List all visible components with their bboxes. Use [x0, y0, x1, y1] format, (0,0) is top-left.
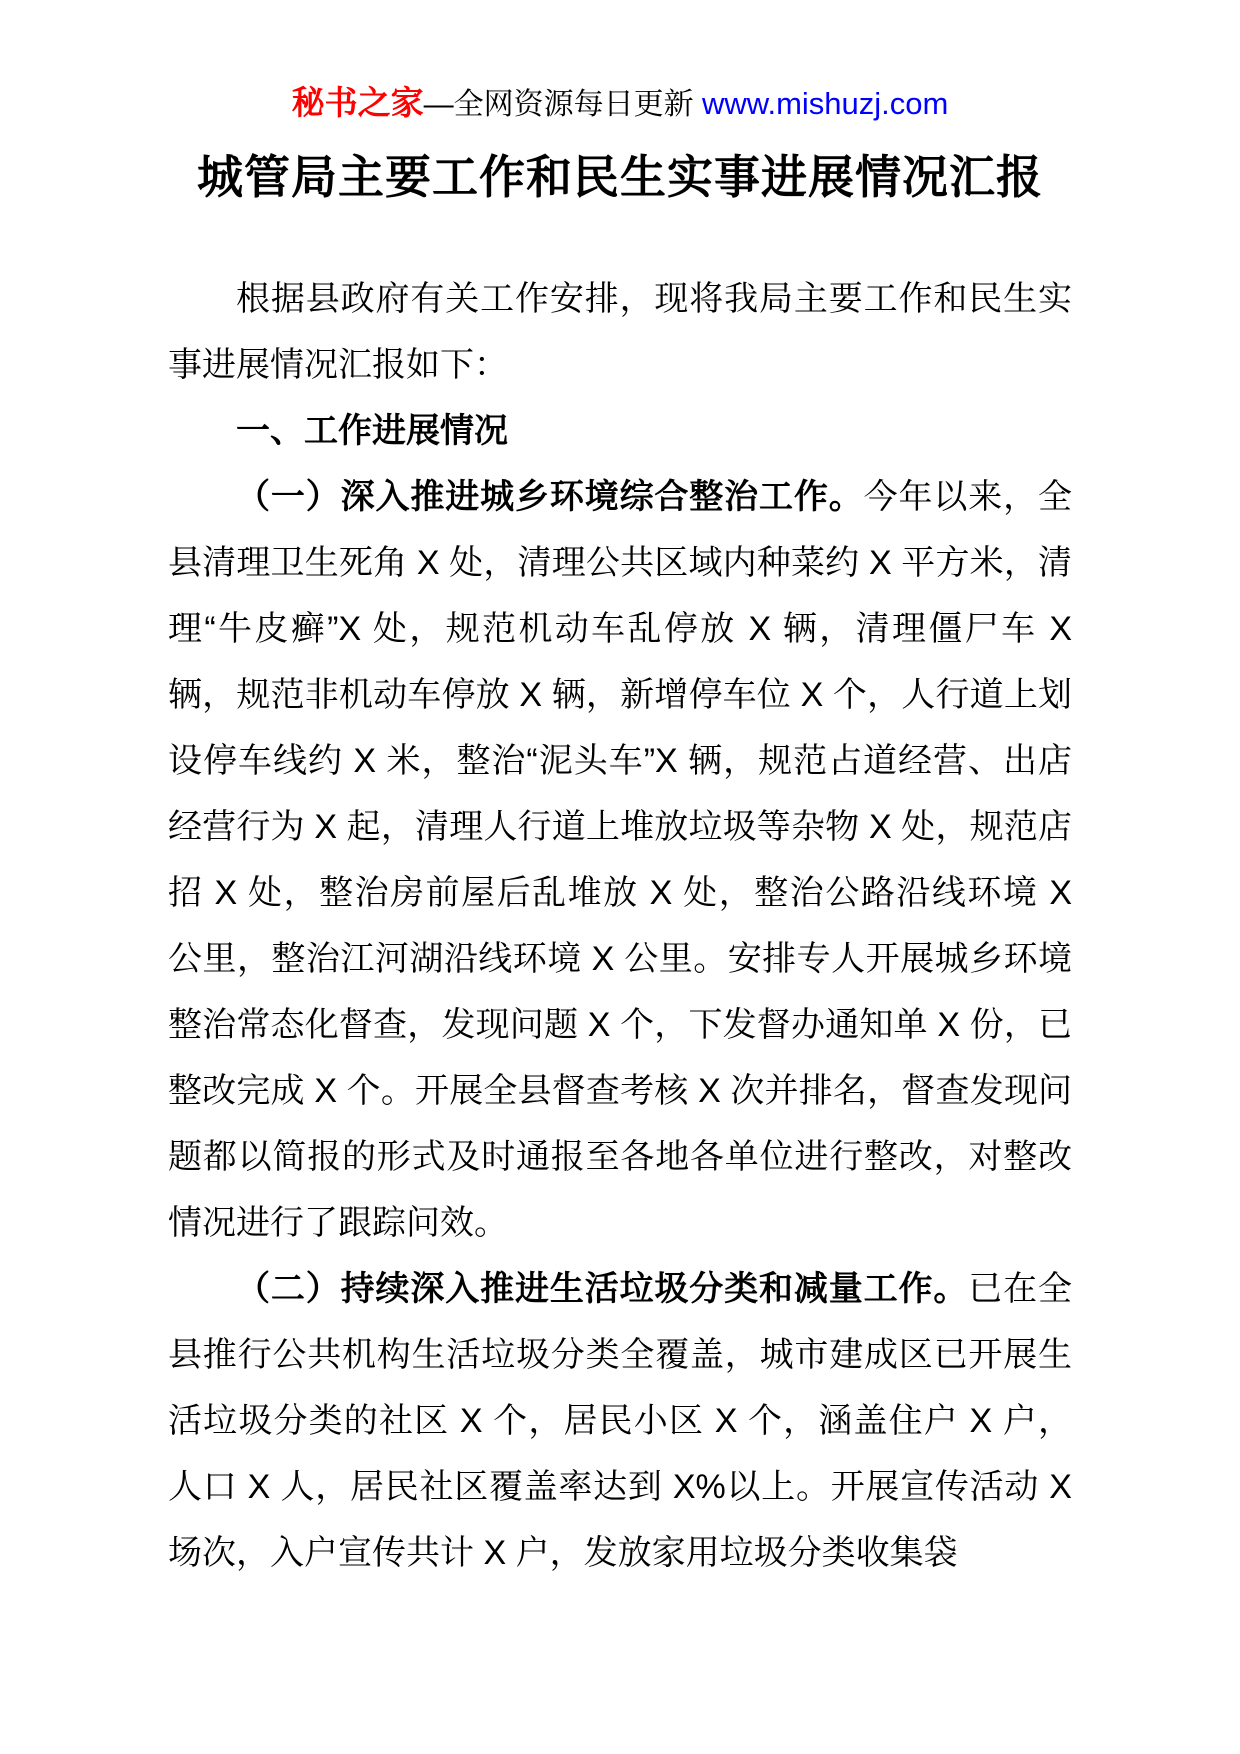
document-page: 秘书之家—全网资源每日更新 www.mishuzj.com 城管局主要工作和民生…	[0, 0, 1240, 1754]
document-body: 根据县政府有关工作安排，现将我局主要工作和民生实事进展情况汇报如下：一、工作进展…	[168, 266, 1072, 1586]
site-header: 秘书之家—全网资源每日更新 www.mishuzj.com	[0, 0, 1240, 126]
paragraph: （一）深入推进城乡环境综合整治工作。今年以来，全县清理卫生死角 X 处，清理公共…	[168, 464, 1072, 1256]
paragraph-lead: （二）持续深入推进生活垃圾分类和减量工作。	[236, 1270, 968, 1308]
document-title: 城管局主要工作和民生实事进展情况汇报	[0, 148, 1240, 206]
paragraph: （二）持续深入推进生活垃圾分类和减量工作。已在全县推行公共机构生活垃圾分类全覆盖…	[168, 1256, 1072, 1586]
site-url-link[interactable]: www.mishuzj.com	[702, 86, 948, 121]
site-brand: 秘书之家	[292, 84, 424, 121]
paragraph-text: 根据县政府有关工作安排，现将我局主要工作和民生实事进展情况汇报如下：	[168, 280, 1072, 384]
paragraph-text: 今年以来，全县清理卫生死角 X 处，清理公共区域内种菜约 X 平方米，清理“牛皮…	[168, 478, 1072, 1242]
paragraph-text: 已在全县推行公共机构生活垃圾分类全覆盖，城市建成区已开展生活垃圾分类的社区 X …	[168, 1270, 1072, 1572]
paragraph-lead: 一、工作进展情况	[236, 412, 508, 450]
paragraph-lead: （一）深入推进城乡环境综合整治工作。	[236, 478, 864, 516]
paragraph: 根据县政府有关工作安排，现将我局主要工作和民生实事进展情况汇报如下：	[168, 266, 1072, 398]
section-heading: 一、工作进展情况	[168, 398, 1072, 464]
site-tagline: —全网资源每日更新	[424, 88, 702, 121]
